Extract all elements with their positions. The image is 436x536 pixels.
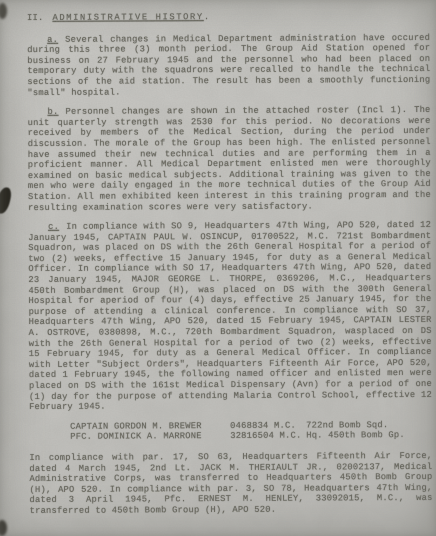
scan-artifact-bottom-left [0, 520, 7, 536]
paragraph-c-text: In compliance with SO 9, Headquarters 47… [28, 220, 432, 412]
paragraph-b: b.Personnel changes are shown in the att… [27, 105, 431, 213]
table-row: PFC. DOMINICK A. MARRONE 32816504 M.C. H… [70, 430, 432, 442]
scan-artifact-left-edge [0, 186, 13, 215]
roster-serial: 32816504 M.C. [230, 431, 306, 442]
section-numeral: II. [27, 13, 43, 23]
paragraph-a-label: a. [47, 34, 58, 44]
section-title: ADMINISTRATIVE HISTORY [52, 12, 203, 23]
typewritten-text-block: II.ADMINISTRATIVE HISTORY. a.Several cha… [27, 11, 433, 517]
closing-paragraph: In compliance with par. 17, SO 63, Headq… [29, 451, 432, 517]
roster-unit: Hq. 450th Bomb Gp. [306, 430, 432, 441]
paragraph-a: a.Several changes in Medical Department … [27, 32, 430, 98]
roster-name: PFC. DOMINICK A. MARRONE [70, 431, 230, 442]
paragraph-c-label: c. [48, 222, 59, 232]
paragraph-b-text: Personnel changes are shown in the attac… [28, 105, 431, 212]
paragraph-c: c.In compliance with SO 9, Headquarters … [28, 220, 432, 413]
paragraph-b-label: b. [47, 107, 58, 117]
ds-personnel-roster: CAPTAIN GORDON M. BREWER 0468834 M.C. 72… [70, 420, 432, 443]
scan-artifact-top-left [0, 3, 7, 19]
section-heading: II.ADMINISTRATIVE HISTORY. [27, 11, 430, 24]
section-heading-period: . [204, 12, 210, 22]
scanned-document-page: II.ADMINISTRATIVE HISTORY. a.Several cha… [0, 0, 436, 536]
paragraph-a-text: Several changes in Medical Department ad… [27, 32, 430, 97]
